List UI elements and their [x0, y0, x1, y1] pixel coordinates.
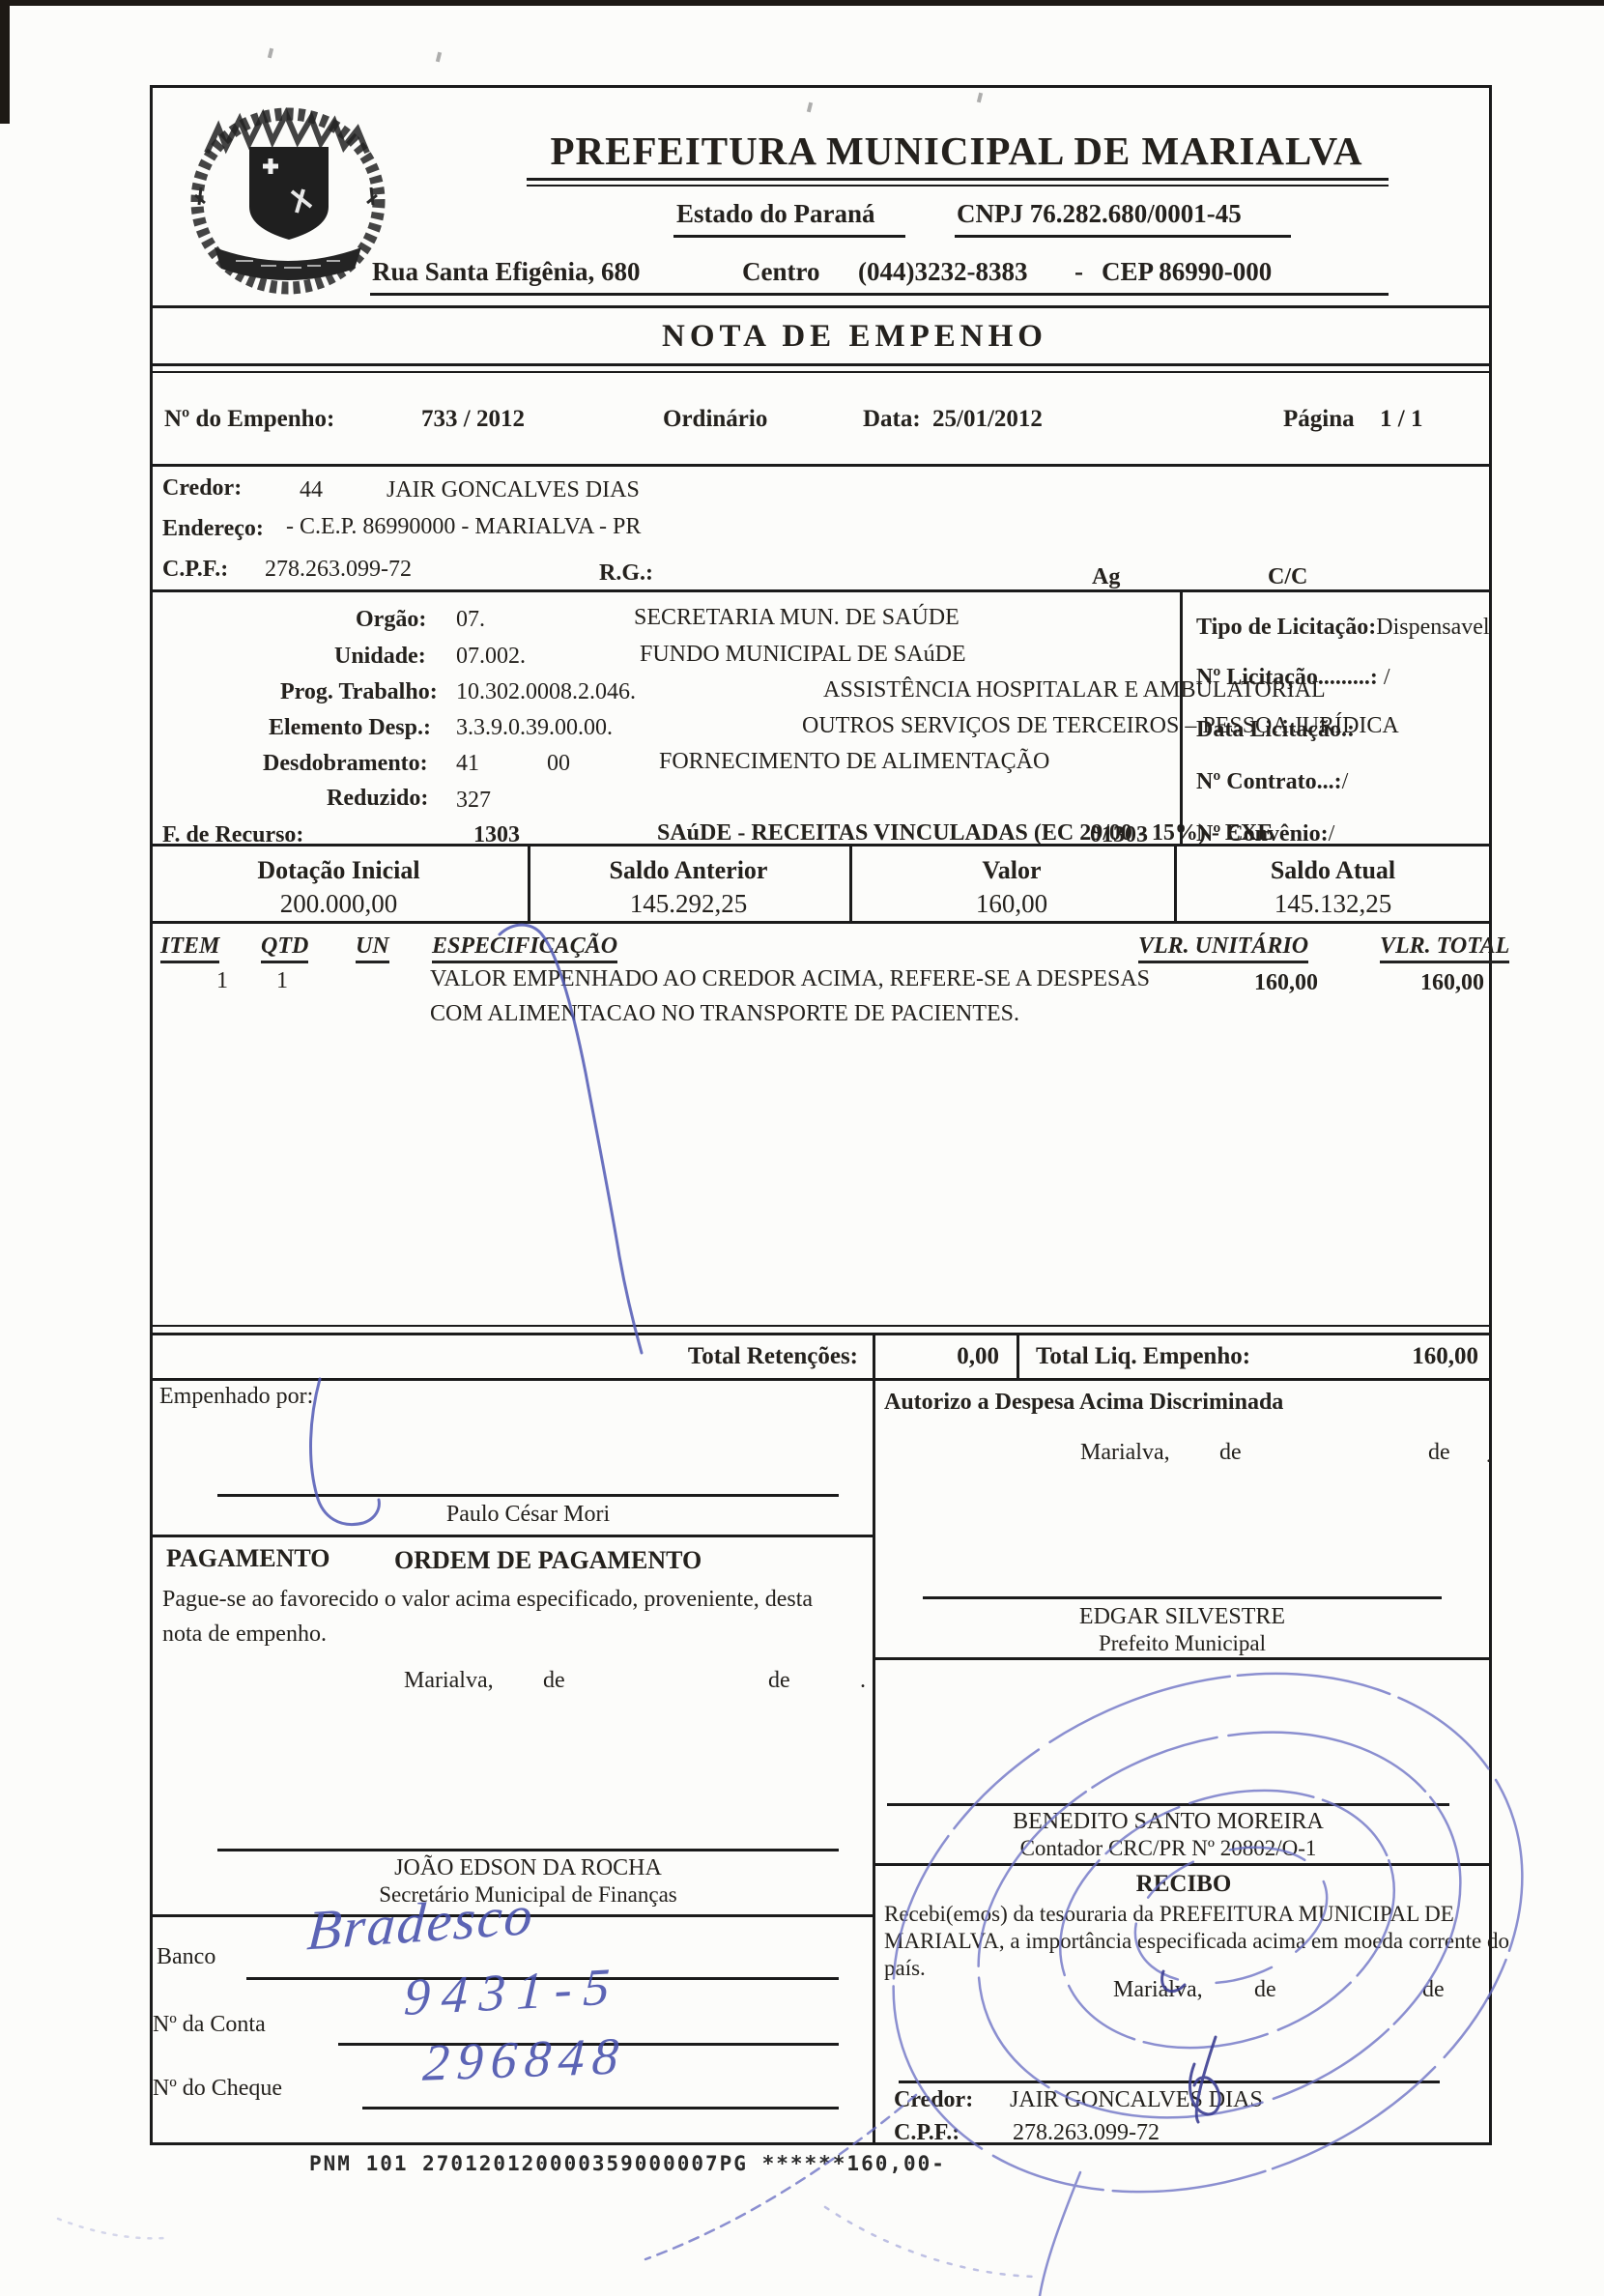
scanned-nota-de-empenho: PREFEITURA MUNICIPAL DE MARIALVA Estado … [0, 0, 1604, 2296]
pague-se-line2: nota de empenho. [162, 1622, 327, 1648]
state-underline [673, 235, 905, 238]
contador-name: BENEDITO SANTO MOREIRA [887, 1809, 1449, 1835]
recibo-dot: . [1486, 1981, 1492, 2005]
autorizo-de2: de [1428, 1440, 1450, 1466]
scan-edge-top [0, 0, 1604, 6]
recibo-line1: Recebi(emos) da tesouraria da PREFEITURA… [884, 1902, 1454, 1927]
reduzido-code: 327 [456, 788, 491, 814]
totals-divider [873, 1333, 875, 1378]
recibo-de1: de [1254, 1977, 1276, 2003]
entity-phone: (044)3232-8383 [858, 257, 1027, 286]
scan-edge-left [0, 0, 10, 124]
empenho-number-value: 733 / 2012 [421, 406, 525, 433]
saldo-atual-label: Saldo Atual [1174, 856, 1492, 884]
signature-line-empenhado [217, 1494, 839, 1497]
signature-arc-bottom [825, 2207, 1036, 2277]
orgao-label: Orgão: [356, 607, 426, 633]
rg-label: R.G.: [599, 560, 653, 587]
signature-line-prefeito [923, 1596, 1442, 1599]
credor-code: 44 [300, 477, 323, 503]
prefeito-name: EDGAR SILVESTRE [923, 1604, 1442, 1630]
col-especificacao: ESPECIFICAÇÃO [432, 933, 617, 963]
doc-title: NOTA DE EMPENHO [150, 319, 1492, 355]
autorizo-heading: Autorizo a Despesa Acima Discriminada [884, 1390, 1283, 1416]
col-vlr-unitario: VLR. UNITÁRIO [1138, 933, 1308, 963]
tipo-licitacao: Tipo de Licitação:Dispensavel [1196, 615, 1490, 641]
dot-matrix-code: PNM 101 270120120000359000007PG ******16… [309, 2153, 946, 2176]
rule [875, 1657, 1492, 1660]
dotacao-inicial-value: 200.000,00 [150, 889, 528, 918]
signature-arc-corner [58, 2219, 164, 2238]
rule [150, 1333, 1492, 1335]
entity-district: Centro [742, 257, 820, 286]
item-desc-line2: COM ALIMENTACAO NO TRANSPORTE DE PACIENT… [430, 1001, 1019, 1027]
rule [150, 305, 1492, 308]
autorizo-city: Marialva, [1080, 1440, 1170, 1466]
desdobramento-desc: FORNECIMENTO DE ALIMENTAÇÃO [659, 749, 1049, 775]
reduzido-label: Reduzido: [327, 786, 428, 812]
scan-speck [268, 48, 273, 59]
desdobramento-code: 41 [456, 751, 479, 777]
scan-speck [436, 52, 442, 63]
recibo-credor-name: JAIR GONCALVES DIAS [1010, 2087, 1263, 2113]
page-label: Página [1283, 406, 1355, 433]
rule [150, 1325, 1492, 1327]
empenho-date-label: Data: [863, 406, 921, 433]
unidade-label: Unidade: [334, 644, 426, 670]
elemento-desp-label: Elemento Desp.: [269, 715, 431, 741]
recibo-de2: de [1422, 1977, 1445, 2003]
total-retencoes-value: 0,00 [906, 1343, 999, 1370]
tipo-licitacao-label: Tipo de Licitação: [1196, 615, 1376, 640]
rule [150, 464, 1492, 467]
empenhado-por-label: Empenhado por: [159, 1384, 313, 1410]
endereco-label: Endereço: [162, 516, 264, 542]
column-divider [873, 1378, 875, 2145]
pagamento-de2: de [768, 1668, 790, 1694]
signature-line-secretario [217, 1849, 839, 1851]
saldo-atual-value: 145.132,25 [1174, 889, 1492, 918]
num-licitacao: Nº Licitação.........: / [1196, 665, 1390, 691]
empenho-date-value: 25/01/2012 [932, 406, 1043, 433]
cheque-label: Nº do Cheque [153, 2076, 282, 2102]
prog-trabalho-code: 10.302.0008.2.046. [456, 679, 636, 705]
num-licitacao-label: Nº Licitação.........: [1196, 665, 1378, 690]
rule [150, 371, 1492, 373]
entity-street: Rua Santa Efigênia, 680 [372, 257, 641, 286]
signature-tail-bottom [1040, 2172, 1080, 2296]
item-vlr-total: 160,00 [1399, 970, 1484, 996]
autorizo-dot: . [1486, 1444, 1492, 1468]
col-un: UN [356, 933, 389, 963]
orgao-code: 07. [456, 607, 485, 633]
autorizo-de1: de [1219, 1440, 1242, 1466]
saldo-anterior-value: 145.292,25 [528, 889, 849, 918]
entity-state: Estado do Paraná [676, 199, 875, 228]
data-licitacao: Data Licitação.: [1196, 717, 1355, 743]
conta-handwriting: 9431-5 [403, 1956, 623, 2027]
conta-label: Nº da Conta [153, 2012, 266, 2038]
empenhado-signer-name: Paulo César Mori [217, 1502, 839, 1528]
signature-line-contador [887, 1803, 1449, 1806]
rule [150, 589, 1492, 592]
dotacao-inicial-label: Dotação Inicial [150, 856, 528, 884]
entity-title: PREFEITURA MUNICIPAL DE MARIALVA [522, 129, 1391, 174]
page-value: 1 / 1 [1380, 406, 1422, 433]
cheque-handwriting: 296848 [421, 2025, 628, 2093]
desdobramento-label: Desdobramento: [263, 751, 428, 777]
orgao-desc: SECRETARIA MUN. DE SAÚDE [634, 605, 960, 631]
item-qtd: 1 [276, 968, 288, 994]
total-liq-value: 160,00 [1380, 1343, 1478, 1370]
num-contrato-value: / [1342, 769, 1349, 794]
col-item: ITEM [160, 933, 219, 963]
entity-dash: - [1074, 257, 1083, 286]
data-licitacao-label: Data Licitação.: [1196, 717, 1355, 742]
recibo-credor-label: Credor: [894, 2087, 973, 2113]
valor-label: Valor [849, 856, 1174, 884]
pagamento-dot: . [860, 1668, 866, 1694]
ag-label: Ag [1092, 564, 1120, 590]
licitacao-divider [1180, 589, 1183, 844]
empenho-kind: Ordinário [663, 406, 767, 433]
recibo-line3: país. [884, 1956, 926, 1981]
rule [150, 844, 1492, 847]
item-vlr-unitario: 160,00 [1239, 970, 1318, 996]
recibo-line2: MARIALVA, a importância especificada aci… [884, 1929, 1509, 1954]
rule [150, 1378, 1492, 1381]
rule [875, 1863, 1492, 1866]
rule [150, 363, 1492, 366]
prog-trabalho-label: Prog. Trabalho: [280, 679, 438, 705]
rule [150, 921, 1492, 924]
item-desc-line1: VALOR EMPENHADO AO CREDOR ACIMA, REFERE-… [430, 966, 1150, 992]
num-contrato-label: Nº Contrato...: [1196, 769, 1342, 794]
title-underline [527, 178, 1389, 181]
valor-value: 160,00 [849, 889, 1174, 918]
title-underline-2 [527, 185, 1389, 187]
pague-se-line1: Pague-se ao favorecido o valor acima esp… [162, 1587, 813, 1613]
signature-line-credor [899, 2081, 1440, 2083]
totals-divider [1017, 1333, 1019, 1378]
address-underline [370, 293, 1389, 296]
desdobramento-code2: 00 [547, 751, 570, 777]
elemento-desp-code: 3.3.9.0.39.00.00. [456, 715, 613, 741]
recibo-cpf-value: 278.263.099-72 [1013, 2120, 1160, 2146]
item-number: 1 [216, 968, 228, 994]
empenho-number-label: Nº do Empenho: [164, 406, 334, 433]
cheque-line [362, 2107, 839, 2109]
pagamento-city: Marialva, [404, 1668, 494, 1694]
recibo-cpf-label: C.P.F.: [894, 2120, 960, 2146]
num-licitacao-value: / [1378, 665, 1390, 690]
saldo-anterior-label: Saldo Anterior [528, 856, 849, 884]
unidade-code: 07.002. [456, 644, 526, 670]
cpf-value: 278.263.099-72 [265, 557, 412, 583]
entity-cep: CEP 86990-000 [1102, 257, 1272, 286]
pagamento-de1: de [543, 1668, 565, 1694]
rule [150, 1535, 875, 1537]
recibo-heading: RECIBO [875, 1871, 1492, 1898]
credor-name: JAIR GONCALVES DIAS [387, 477, 640, 503]
cc-label: C/C [1268, 564, 1307, 590]
num-contrato: Nº Contrato...:/ [1196, 769, 1348, 795]
banco-label: Banco [157, 1944, 215, 1970]
col-vlr-total: VLR. TOTAL [1380, 933, 1509, 963]
recibo-city: Marialva, [1113, 1977, 1203, 2003]
cpf-label: C.P.F.: [162, 557, 228, 583]
credor-label: Credor: [162, 475, 242, 502]
cnpj-underline [955, 235, 1291, 238]
total-liq-label: Total Liq. Empenho: [1036, 1343, 1250, 1370]
col-qtd: QTD [261, 933, 308, 963]
total-retencoes-label: Total Retenções: [636, 1343, 858, 1370]
contador-role: Contador CRC/PR Nº 20802/O-1 [887, 1836, 1449, 1861]
secretario-name: JOÃO EDSON DA ROCHA [217, 1855, 839, 1881]
endereco-value: - C.E.P. 86990000 - MARIALVA - PR [286, 514, 641, 540]
entity-cnpj: CNPJ 76.282.680/0001-45 [957, 199, 1242, 228]
ordem-pagamento-heading: ORDEM DE PAGAMENTO [394, 1546, 702, 1574]
pagamento-heading: PAGAMENTO [166, 1544, 329, 1572]
prefeito-role: Prefeito Municipal [923, 1631, 1442, 1656]
tipo-licitacao-value: Dispensavel [1376, 615, 1489, 640]
unidade-desc: FUNDO MUNICIPAL DE SAúDE [640, 642, 966, 668]
